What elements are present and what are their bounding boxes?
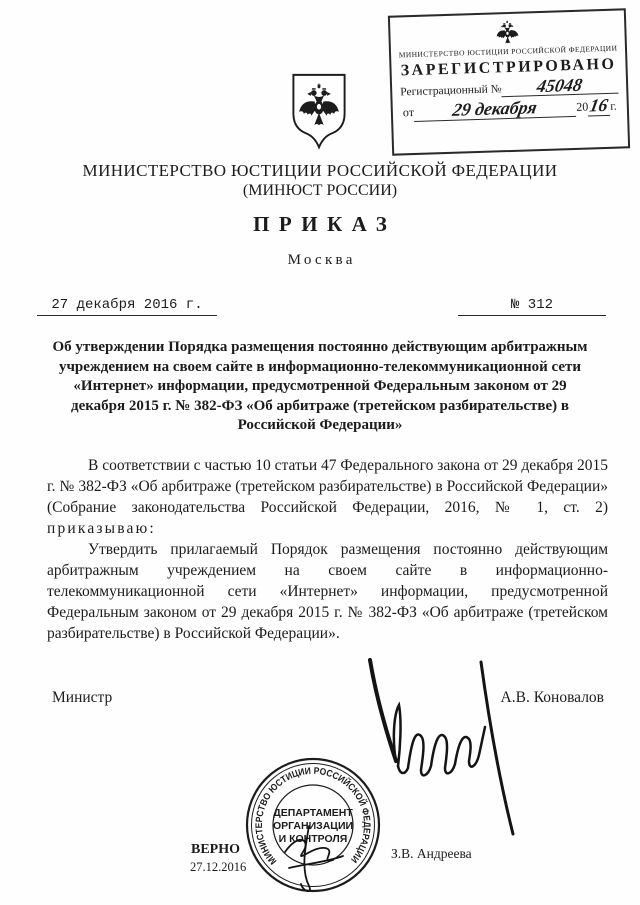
date-number-line: 27 декабря 2016 г. № 312 xyxy=(0,297,640,321)
body-paragraph-1: В соответствии с частью 10 статьи 47 Фед… xyxy=(47,455,608,539)
document-date: 27 декабря 2016 г. xyxy=(37,297,217,316)
document-header: МИНИСТЕРСТВО ЮСТИЦИИ РОССИЙСКОЙ ФЕДЕРАЦИ… xyxy=(0,161,640,200)
order-body: В соответствии с частью 10 статьи 47 Фед… xyxy=(47,455,608,644)
body-paragraph-2: Утвердить прилагаемый Порядок размещения… xyxy=(47,539,608,644)
signer-position: Министр xyxy=(52,689,112,707)
stamp-year-handwritten: 16 xyxy=(588,98,611,117)
coat-of-arms-icon xyxy=(287,72,351,152)
stamp-date-row: от 29 декабря 20 16 г. xyxy=(393,97,627,122)
stamp-eagle-icon xyxy=(490,19,525,46)
seal-center-line2: ОРГАНИЗАЦИИ xyxy=(273,820,353,832)
certification-date: 27.12.2016 xyxy=(190,860,246,875)
city-label: Москва xyxy=(0,252,640,269)
registration-stamp: МИНИСТЕРСТВО ЮСТИЦИИ РОССИЙСКОЙ ФЕДЕРАЦИ… xyxy=(388,8,630,155)
paragraph-1-emphasis: приказываю: xyxy=(47,520,156,537)
order-title: Об утверждении Порядка размещения постоя… xyxy=(50,338,590,436)
stamp-date-handwritten: 29 декабря xyxy=(414,99,577,122)
stamp-year-printed: 20 xyxy=(576,100,589,117)
paragraph-1-text: В соответствии с частью 10 статьи 47 Фед… xyxy=(47,457,608,516)
seal-center-line1: ДЕПАРТАМЕНТ xyxy=(273,807,353,819)
stamp-year-suffix: г. xyxy=(610,99,617,116)
round-seal-icon: МИНИСТЕРСТВО ЮСТИЦИИ РОССИЙСКОЙ ФЕДЕРАЦИ… xyxy=(243,752,383,902)
seal-center-line3: И КОНТРОЛЯ xyxy=(279,833,348,845)
certified-true-label: ВЕРНО xyxy=(191,842,240,858)
document-number: № 312 xyxy=(458,297,606,316)
ministry-name: МИНИСТЕРСТВО ЮСТИЦИИ РОССИЙСКОЙ ФЕДЕРАЦИ… xyxy=(0,161,640,181)
document-type-title: ПРИКАЗ xyxy=(0,212,640,237)
document-page: МИНИСТЕРСТВО ЮСТИЦИИ РОССИЙСКОЙ ФЕДЕРАЦИ… xyxy=(0,0,640,905)
stamp-date-from-label: от xyxy=(403,105,415,122)
certifier-name: З.В. Андреева xyxy=(391,846,472,862)
ministry-short-name: (МИНЮСТ РОССИИ) xyxy=(0,182,640,200)
